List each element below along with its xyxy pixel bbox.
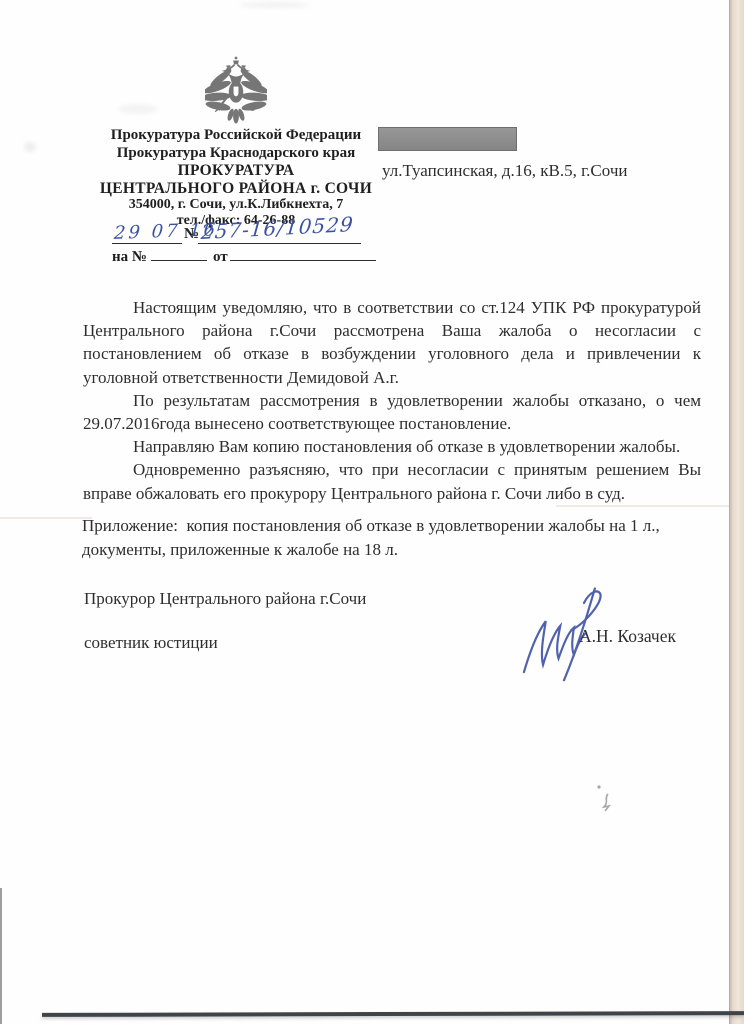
- signer-position-title: Прокурор Центрального района г.Сочи: [84, 589, 366, 609]
- scanned-letter-page: Прокуратура Российской Федерации Прокура…: [0, 0, 744, 1024]
- org-line-4: ЦЕНТРАЛЬНОГО РАЙОНА г. СОЧИ: [85, 180, 387, 198]
- body-paragraph-1: Настоящим уведомляю, что в соответствии …: [83, 296, 701, 389]
- signer-name: А.Н. Козачек: [579, 626, 676, 647]
- scan-streak: [556, 505, 744, 507]
- scan-smudge: [118, 104, 158, 114]
- redaction-box: [378, 127, 517, 151]
- scan-stray-mark: [592, 782, 618, 824]
- scan-bottom-edge-line: [42, 1011, 744, 1017]
- scan-streak: [0, 517, 92, 519]
- signer-rank: советник юстиции: [84, 633, 218, 653]
- ref-na-label: на №: [112, 249, 147, 265]
- org-line-1: Прокуратура Российской Федерации: [85, 127, 387, 145]
- russian-coat-of-arms-icon: [205, 55, 267, 127]
- body-paragraph-4: Одновременно разъясняю, что при несоглас…: [83, 458, 701, 504]
- letter-body: Настоящим уведомляю, что в соответствии …: [83, 296, 701, 505]
- scan-smudge: [240, 2, 310, 8]
- scan-left-edge-mark: [0, 888, 2, 1024]
- scan-smudge: [24, 142, 36, 152]
- scan-edge-strip: [729, 0, 744, 1024]
- org-line-3: ПРОКУРАТУРА: [85, 162, 387, 180]
- body-paragraph-3: Направляю Вам копию постановления об отк…: [83, 435, 701, 458]
- attachment-note: Приложение: копия постановления об отказ…: [82, 514, 714, 561]
- org-postal-address: 354000, г. Сочи, ул.К.Либкнехта, 7: [85, 197, 387, 213]
- recipient-address: ул.Туапсинская, д.16, кВ.5, г.Сочи: [382, 161, 627, 181]
- number-underline: [198, 243, 361, 244]
- ref-date-blank: [230, 247, 376, 261]
- ref-ot-label: от: [213, 249, 228, 265]
- ref-number-blank: [151, 247, 207, 261]
- body-paragraph-2: По результатам рассмотрения в удовлетвор…: [83, 389, 701, 435]
- incoming-reference-row: на №от: [112, 247, 376, 266]
- org-line-2: Прокуратура Краснодарского края: [85, 145, 387, 163]
